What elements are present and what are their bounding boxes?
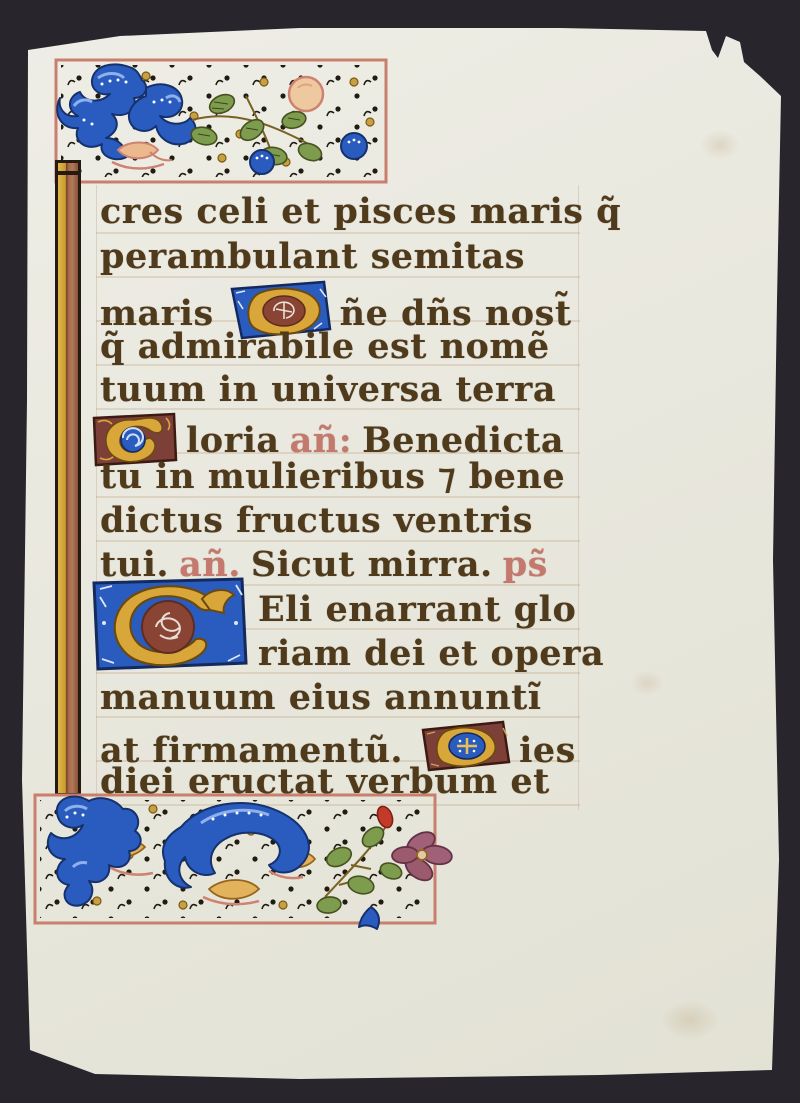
text-line-10: Eli enarrant glo bbox=[258, 588, 576, 634]
line-text: cres celi et pisces maris q̃ bbox=[100, 191, 621, 232]
line-text: perambulant semitas bbox=[100, 236, 525, 277]
text-line-7: tu in mulieribus ⁊ bene bbox=[100, 455, 565, 501]
line-text: manuum eius annuntĩ bbox=[100, 677, 542, 718]
line-text: tuum in universa terra bbox=[100, 369, 556, 410]
line-text: Sicut mirra. bbox=[251, 544, 493, 585]
bottom-border-panel bbox=[33, 793, 443, 933]
text-line-3: maris ñe dñs nost̃ bbox=[100, 279, 572, 325]
top-border-panel bbox=[54, 58, 390, 186]
manuscript-photo: cres celi et pisces maris q̃ perambulant… bbox=[0, 0, 800, 1103]
peach-fruit bbox=[289, 77, 323, 111]
rubric-psalm: ps̃ bbox=[503, 544, 548, 585]
ruling-vertical-right bbox=[578, 185, 579, 810]
line-text: dictus fructus ventris bbox=[100, 500, 533, 541]
text-line-11: riam dei et opera bbox=[258, 632, 604, 678]
left-baguette-bar bbox=[55, 160, 81, 796]
initial-C-celi bbox=[90, 575, 250, 671]
text-line-6: loriaañ:Benedicta bbox=[86, 410, 564, 456]
line-text: Eli enarrant glo bbox=[258, 589, 576, 630]
text-line-5: tuum in universa terra bbox=[100, 368, 556, 414]
text-line-4: q̃ admirabile est nomẽ bbox=[100, 325, 550, 371]
text-line-8: dictus fructus ventris bbox=[100, 499, 533, 545]
text-line-12: manuum eius annuntĩ bbox=[100, 676, 542, 722]
ruling-vertical-left bbox=[96, 185, 97, 810]
text-line-1: cres celi et pisces maris q̃ bbox=[100, 190, 621, 236]
text-line-13: at firmamentũ. ies bbox=[100, 718, 576, 764]
line-text: q̃ admirabile est nomẽ bbox=[100, 326, 550, 367]
text-line-2: perambulant semitas bbox=[100, 235, 525, 281]
line-text: tu in mulieribus ⁊ bene bbox=[100, 456, 565, 497]
line-text: riam dei et opera bbox=[258, 633, 604, 674]
